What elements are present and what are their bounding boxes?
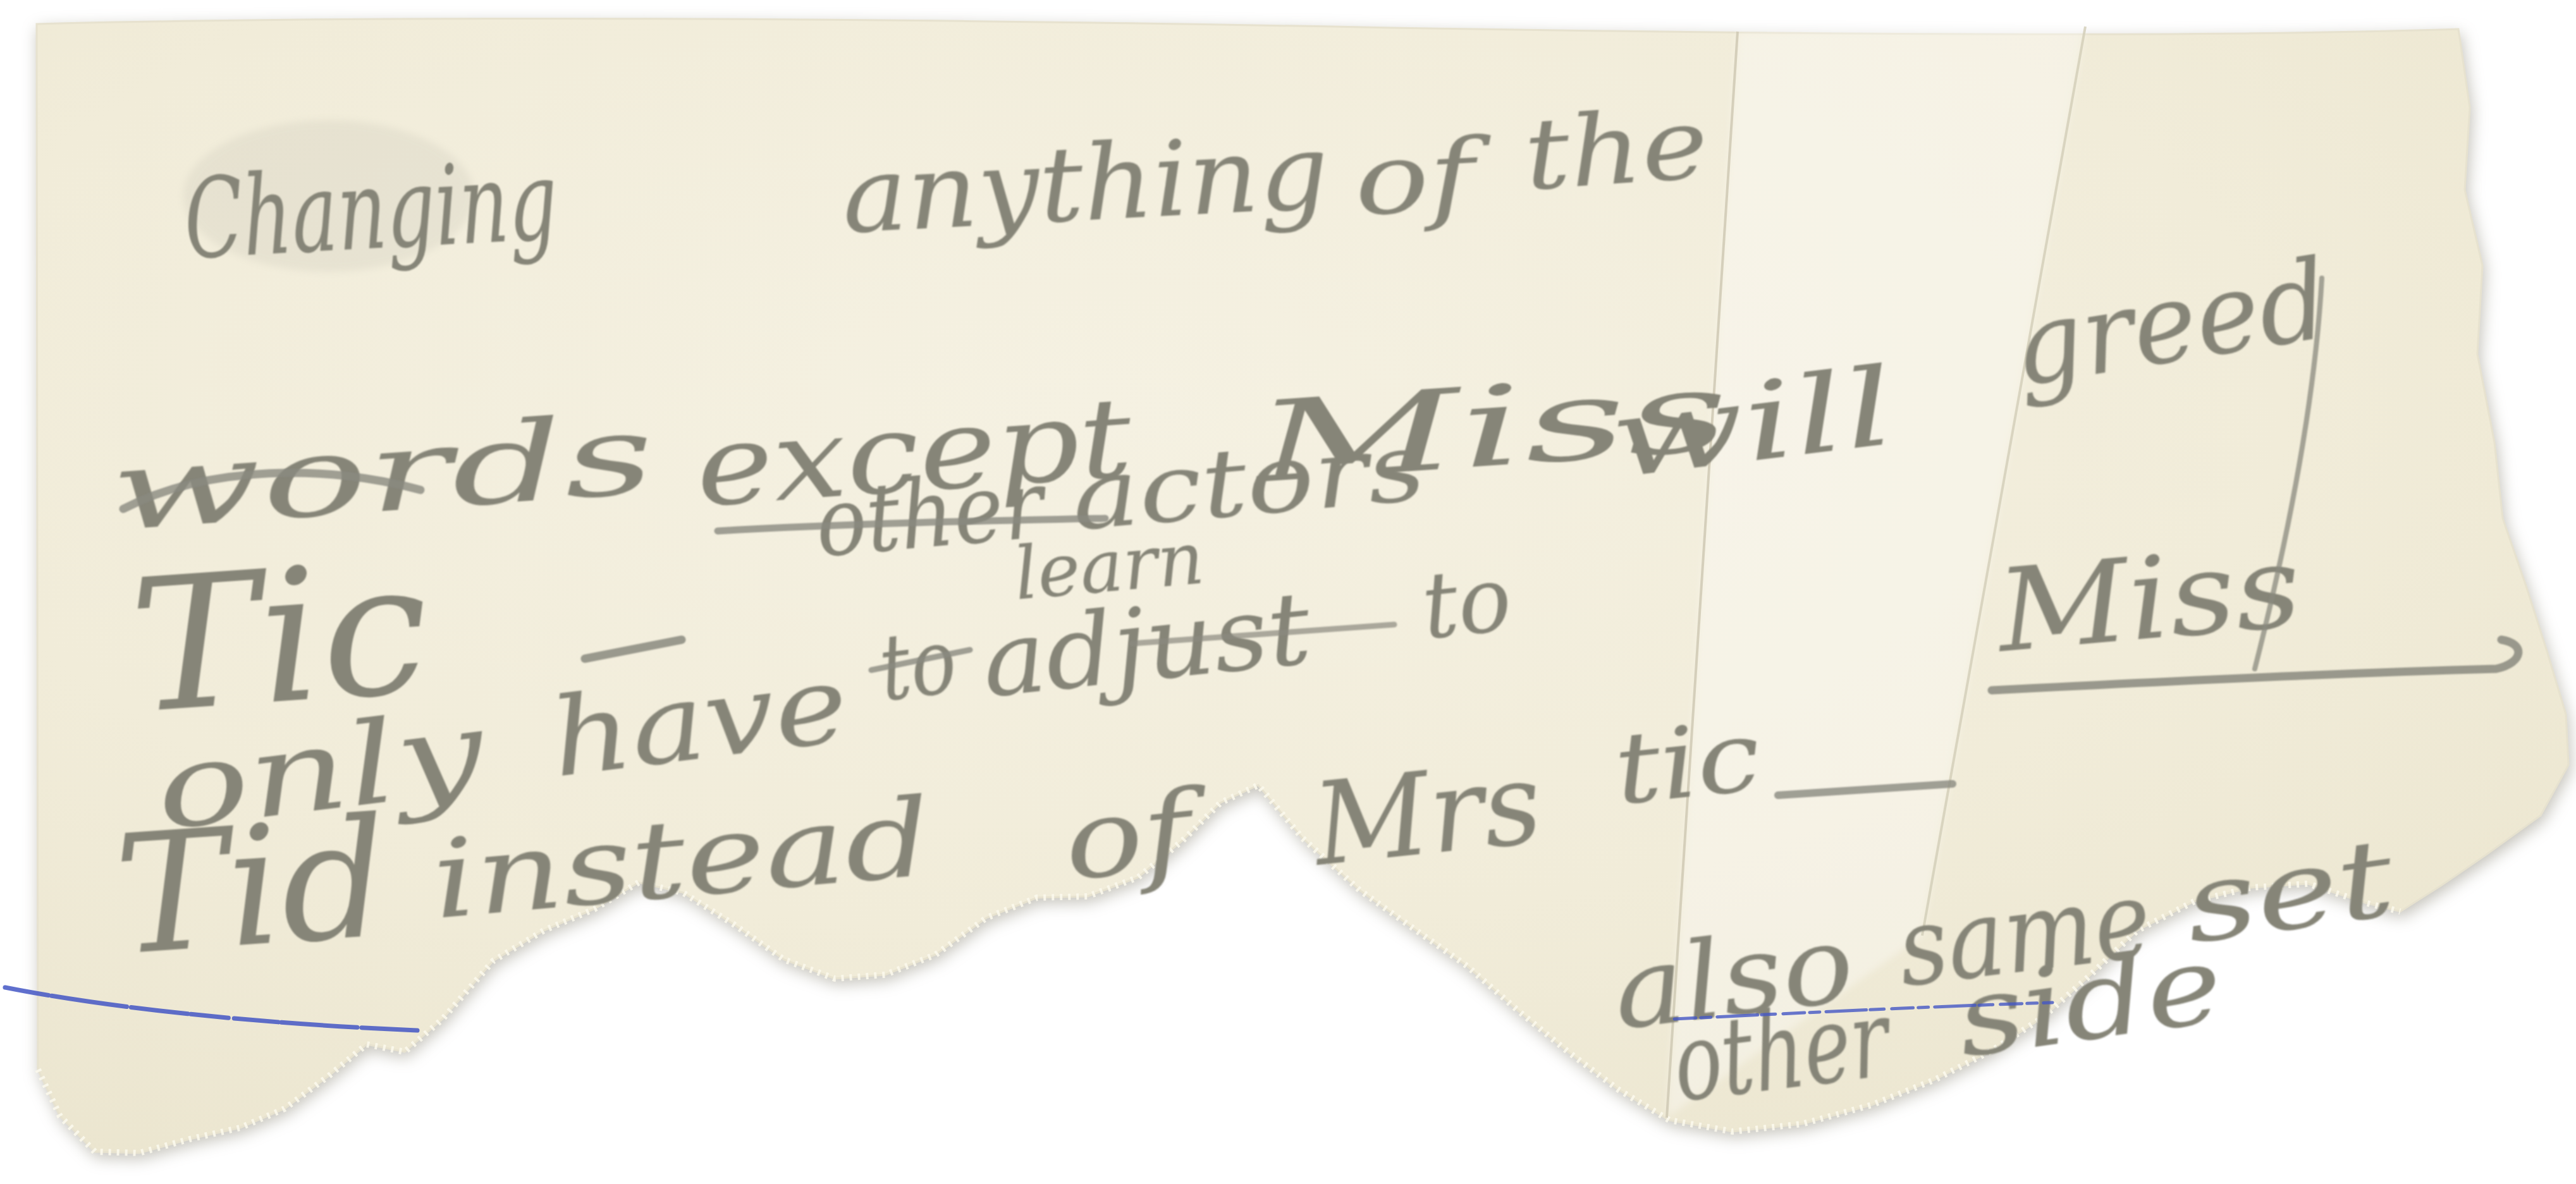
word-to2: to — [1417, 545, 1516, 661]
word-other2: other — [1667, 976, 1899, 1127]
word-tid: Tid — [109, 783, 394, 992]
word-the1: the — [1521, 86, 1712, 213]
word-changing: Changing — [181, 137, 561, 284]
word-anything: anything — [839, 111, 1332, 257]
word-tic2: tic — [1609, 699, 1766, 827]
word-mrs: Mrs — [1306, 736, 1548, 892]
scanned-note-page: Changing anything of the words except Mi… — [0, 0, 2576, 1184]
note-scan-svg: Changing anything of the words except Mi… — [0, 0, 2576, 1184]
